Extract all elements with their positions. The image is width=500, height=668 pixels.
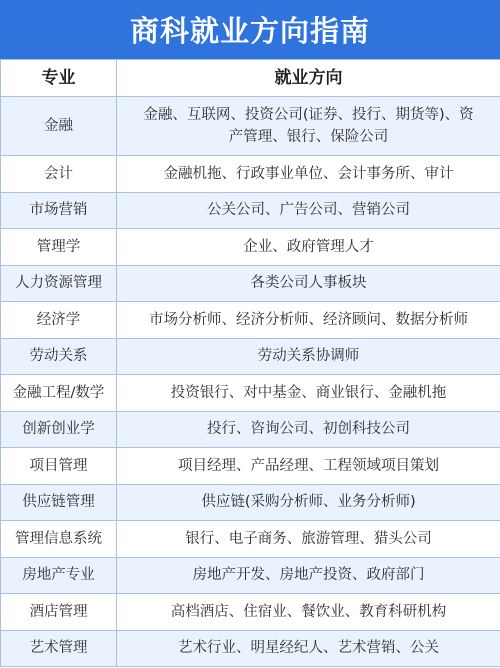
table-row: 管理信息系统 银行、电子商务、旅游管理、猎头公司: [1, 521, 500, 558]
careers-cell: 投行、咨询公司、初创科技公司: [117, 411, 500, 448]
major-cell: 供应链管理: [1, 484, 117, 521]
table-header-row: 专业 就业方向: [1, 60, 500, 97]
major-cell: 房地产专业: [1, 557, 117, 594]
table-row: 项目管理 项目经理、产品经理、工程领域项目策划: [1, 448, 500, 485]
careers-cell: 供应链(采购分析师、业务分析师): [117, 484, 500, 521]
major-cell: 酒店管理: [1, 594, 117, 631]
column-header-major: 专业: [1, 60, 117, 97]
careers-cell: 金融、互联网、投资公司(证券、投行、期货等)、资产管理、银行、保险公司: [117, 97, 500, 156]
careers-cell: 高档酒店、住宿业、餐饮业、教育科研机构: [117, 594, 500, 631]
major-cell: 人力资源管理: [1, 265, 117, 302]
table-row: 创新创业学 投行、咨询公司、初创科技公司: [1, 411, 500, 448]
major-cell: 会计: [1, 156, 117, 193]
major-cell: 艺术管理: [1, 630, 117, 667]
major-cell: 创新创业学: [1, 411, 117, 448]
major-cell: 管理信息系统: [1, 521, 117, 558]
careers-cell: 金融机拖、行政事业单位、会计事务所、审计: [117, 156, 500, 193]
careers-cell: 公关公司、广告公司、营销公司: [117, 192, 500, 229]
careers-cell: 房地产开发、房地产投资、政府部门: [117, 557, 500, 594]
table-row: 金融 金融、互联网、投资公司(证券、投行、期货等)、资产管理、银行、保险公司: [1, 97, 500, 156]
careers-cell: 劳动关系协调师: [117, 338, 500, 375]
table-row: 会计 金融机拖、行政事业单位、会计事务所、审计: [1, 156, 500, 193]
careers-cell: 银行、电子商务、旅游管理、猎头公司: [117, 521, 500, 558]
page-title: 商科就业方向指南: [0, 0, 500, 59]
table-row: 人力资源管理 各类公司人事板块: [1, 265, 500, 302]
table-row: 酒店管理 高档酒店、住宿业、餐饮业、教育科研机构: [1, 594, 500, 631]
table-row: 艺术管理 艺术行业、明星经纪人、艺术营销、公关: [1, 630, 500, 667]
careers-cell: 各类公司人事板块: [117, 265, 500, 302]
major-cell: 金融: [1, 97, 117, 156]
careers-cell: 艺术行业、明星经纪人、艺术营销、公关: [117, 630, 500, 667]
major-cell: 项目管理: [1, 448, 117, 485]
major-cell: 金融工程/数学: [1, 375, 117, 412]
careers-cell: 项目经理、产品经理、工程领域项目策划: [117, 448, 500, 485]
major-cell: 管理学: [1, 229, 117, 266]
column-header-careers: 就业方向: [117, 60, 500, 97]
careers-cell: 市场分析师、经济分析师、经济顾问、数据分析师: [117, 302, 500, 339]
major-cell: 经济学: [1, 302, 117, 339]
table-row: 房地产专业 房地产开发、房地产投资、政府部门: [1, 557, 500, 594]
table-row: 供应链管理 供应链(采购分析师、业务分析师): [1, 484, 500, 521]
table-row: 劳动关系 劳动关系协调师: [1, 338, 500, 375]
table-row: 经济学 市场分析师、经济分析师、经济顾问、数据分析师: [1, 302, 500, 339]
table-row: 市场营销 公关公司、广告公司、营销公司: [1, 192, 500, 229]
career-guide-table: 专业 就业方向 金融 金融、互联网、投资公司(证券、投行、期货等)、资产管理、银…: [0, 59, 500, 667]
careers-cell: 企业、政府管理人才: [117, 229, 500, 266]
careers-cell: 投资银行、对中基金、商业银行、金融机拖: [117, 375, 500, 412]
major-cell: 劳动关系: [1, 338, 117, 375]
major-cell: 市场营销: [1, 192, 117, 229]
table-row: 金融工程/数学 投资银行、对中基金、商业银行、金融机拖: [1, 375, 500, 412]
table-row: 管理学 企业、政府管理人才: [1, 229, 500, 266]
